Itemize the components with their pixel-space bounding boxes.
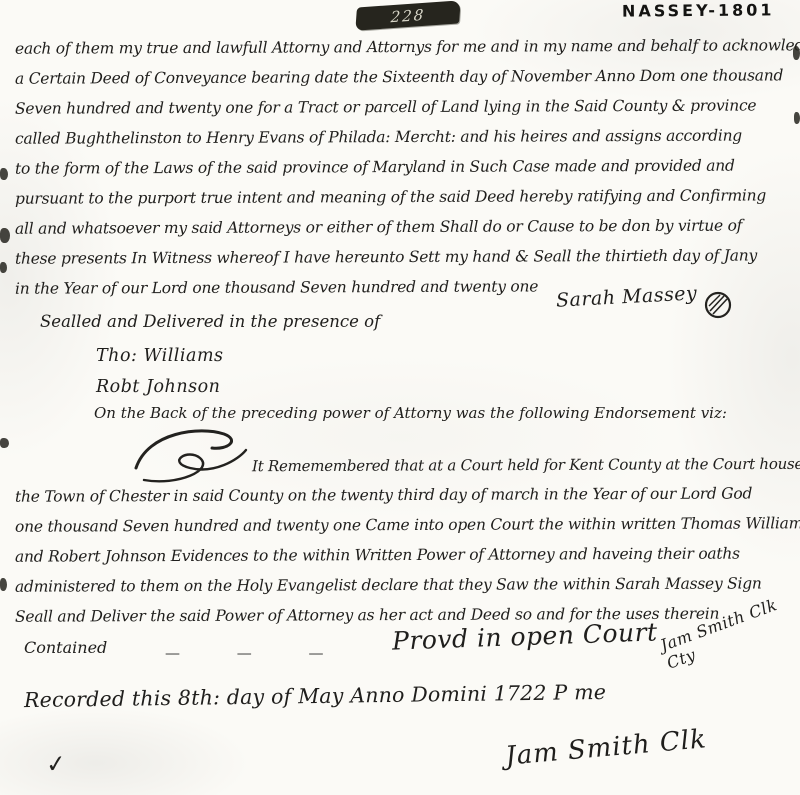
filler-dashes: — — — (165, 644, 326, 662)
witness-tho-williams: Tho: Williams (96, 346, 224, 366)
endorsement-line-4: and Robert Johnson Evidences to the with… (15, 544, 797, 565)
clerk-signature: Jam Smith Clk (504, 724, 708, 771)
endorsement-contained: Contained (24, 638, 107, 657)
endorsement-line-3: one thousand Seven hundred and twenty on… (15, 514, 797, 535)
body-line-5: to the form of the Laws of the said prov… (15, 156, 797, 177)
checkmark-icon: ✓ (45, 749, 68, 779)
endorsement-line-5: administered to them on the Holy Evangel… (15, 574, 797, 595)
recorded-statement: Recorded this 8th: day of May Anno Domin… (24, 680, 606, 712)
body-line-1: each of them my true and lawfull Attorny… (15, 36, 797, 57)
body-line-4: called Bughthelinston to Henry Evans of … (15, 126, 797, 147)
endorsement-line-2: the Town of Chester in said County on th… (15, 484, 797, 505)
ink-smudge (0, 262, 7, 273)
body-line-8: these presents In Witness whereof I have… (15, 246, 797, 267)
witness-intro: Sealled and Delivered in the presence of (40, 312, 380, 331)
body-line-6: pursuant to the purport true intent and … (15, 186, 797, 207)
ink-smudge (0, 438, 9, 448)
ink-smudge (793, 46, 800, 60)
body-line-3: Seven hundred and twenty one for a Tract… (15, 96, 797, 117)
body-line-7: all and whatsoever my said Attorneys or … (15, 216, 797, 237)
endorsement-line-1: It Rememembered that at a Court held for… (252, 455, 797, 475)
ink-smudge (0, 168, 8, 180)
clerk-attestation-signature: Jam Smith Clk Cty (658, 589, 800, 673)
archival-annotation: NASSEY-1801 (622, 0, 775, 20)
ink-smudge (794, 112, 800, 124)
page-number-stamp: 228 (355, 0, 460, 30)
ink-smudge (0, 578, 7, 591)
endorsement-line-6: Seall and Deliver the said Power of Atto… (15, 604, 797, 625)
wax-seal-icon (703, 290, 733, 324)
body-line-2: a Certain Deed of Conveyance bearing dat… (15, 66, 797, 87)
ink-smudge (0, 228, 10, 243)
page-number-stamp-text: 228 (390, 5, 426, 26)
flourish-ornament-icon (128, 424, 258, 490)
document-scan: 228 NASSEY-1801 each of them my true and… (0, 0, 800, 795)
endorsement-note: On the Back of the preceding power of At… (94, 404, 727, 422)
witness-robt-johnson: Robt Johnson (96, 377, 220, 397)
